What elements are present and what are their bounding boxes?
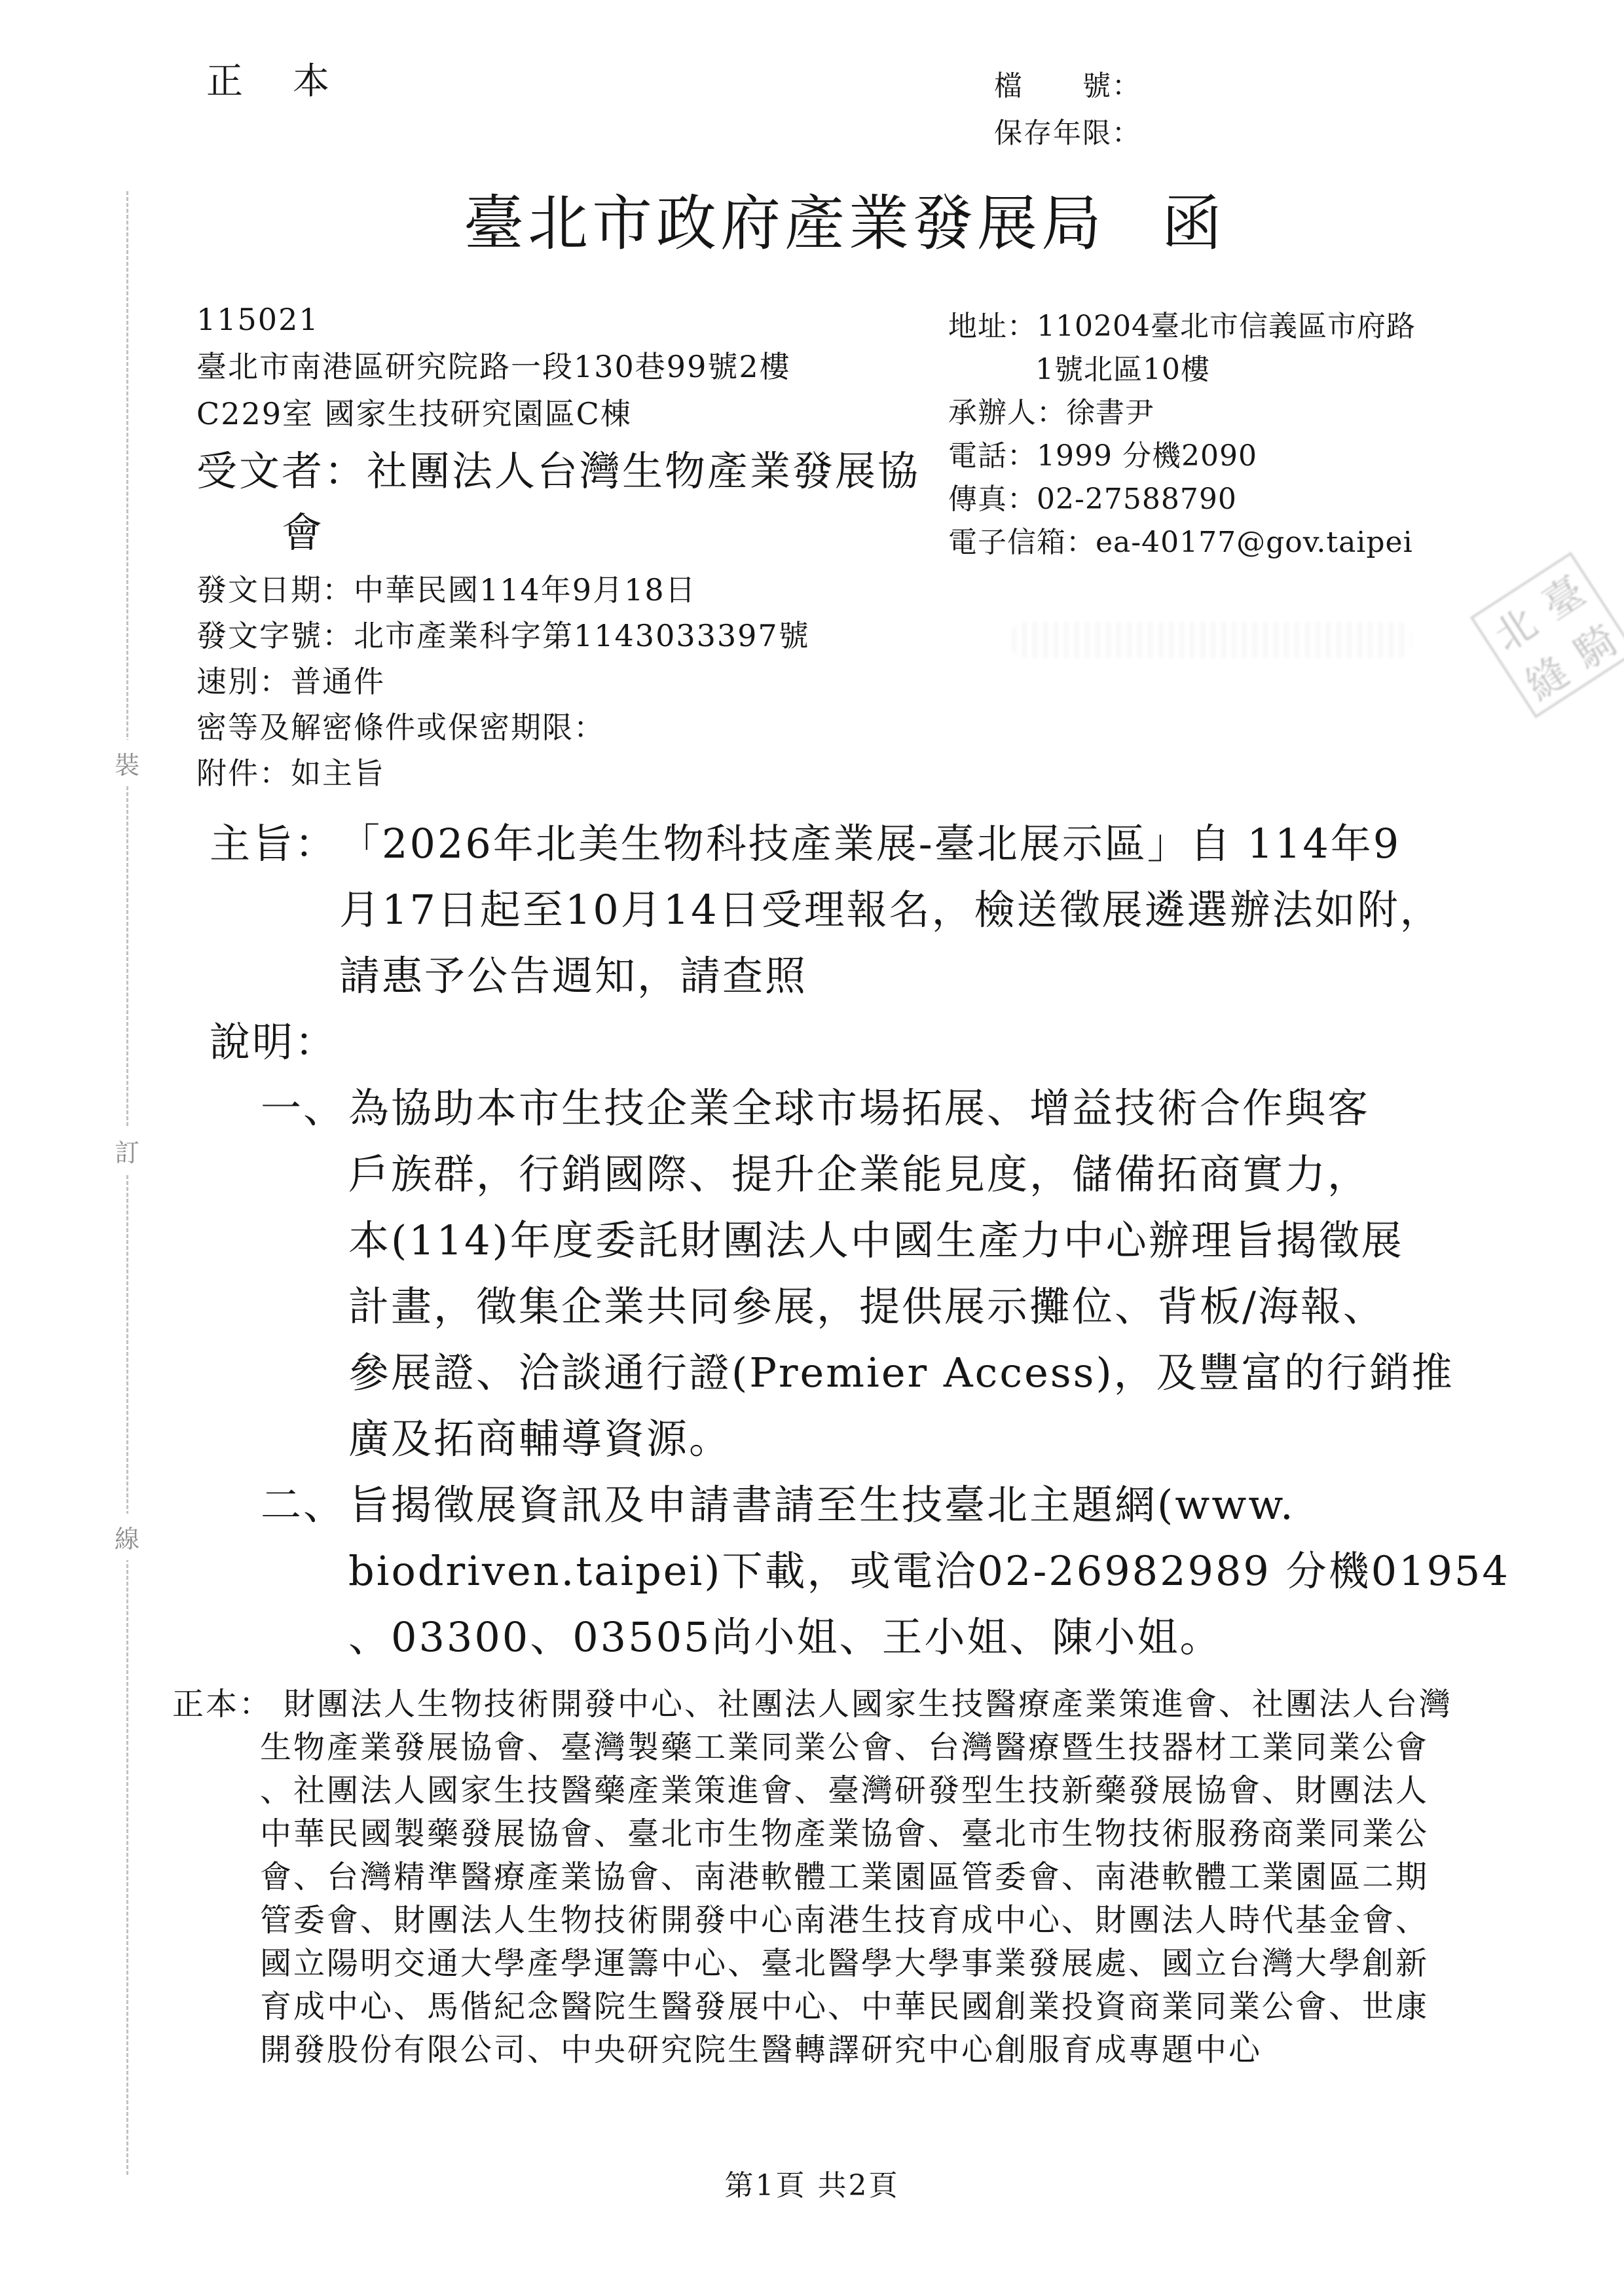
description-line: 為協助本市生技企業全球市場拓展、增益技術合作與客 xyxy=(348,1075,1510,1141)
cc-recipients-line: 中華民國製藥發展協會、臺北市生物產業協會、臺北市生物技術服務商業同業公 xyxy=(260,1812,1452,1855)
priority-value: 普通件 xyxy=(291,664,385,699)
document-type: 函 xyxy=(1162,189,1226,259)
issue-date-row: 發文日期：中華民國114年9月18日 xyxy=(196,567,810,613)
cc-recipients-line: 財團法人生物技術開發中心、社團法人國家生技醫療產業策進會、社團法人台灣 xyxy=(260,1683,1452,1726)
description-line: 旨揭徵展資訊及申請書請至生技臺北主題網(www. xyxy=(348,1472,1510,1538)
scanned-letter-page: 裝 訂 線 正 本 檔 號： 保存年限： 臺北市政府產業發展局函 115021 … xyxy=(0,0,1624,2296)
classification-row: 密等及解密條件或保密期限： xyxy=(196,704,810,750)
cc-recipients-line: 會、台灣精準醫療產業協會、南港軟體工業園區管委會、南港軟體工業園區二期 xyxy=(260,1855,1452,1899)
priority-row: 速別：普通件 xyxy=(196,659,810,704)
description-line: 戶族群，行銷國際、提升企業能見度，儲備拓商實力， xyxy=(348,1141,1510,1207)
description-line: 本(114)年度委託財團法人中國生產力中心辦理旨揭徵展 xyxy=(348,1207,1510,1273)
subject-label: 主旨： xyxy=(210,811,337,877)
file-number-label: 檔 號： xyxy=(994,63,1141,110)
recipient-name-continuation: 會 xyxy=(282,503,920,563)
agency-address-line: 地址：110204臺北市信義區市府路 xyxy=(948,305,1416,348)
original-copy-recipients-block: 正本： 財團法人生物技術開發中心、社團法人國家生技醫療產業策進會、社團法人台灣 … xyxy=(260,1683,1452,2071)
cc-recipients-line: 開發股份有限公司、中央研究院生醫轉譯研究中心創服育成專題中心 xyxy=(260,2028,1452,2071)
recipient-name: 社團法人台灣生物產業發展協 xyxy=(367,447,920,495)
cc-recipients-line: 生物產業發展協會、臺灣製藥工業同業公會、台灣醫療暨生技器材工業同業公會 xyxy=(260,1726,1452,1769)
original-copy-label: 正本： xyxy=(172,1683,272,1726)
subject-line: 請惠予公告週知，請查照 xyxy=(339,943,1510,1009)
agency-address-label: 地址： xyxy=(948,310,1037,343)
recipient-address-block: 115021 臺北市南港區研究院路一段130巷99號2樓 C229室 國家生技研… xyxy=(196,296,920,563)
recipient-address-line-1: 臺北市南港區研究院路一段130巷99號2樓 xyxy=(196,343,920,390)
agency-contact-block: 地址：110204臺北市信義區市府路 1號北區10樓 承辦人：徐書尹 電話：19… xyxy=(948,305,1416,564)
recipient-postal-code: 115021 xyxy=(196,296,920,343)
description-line: 計畫，徵集企業共同參展，提供展示攤位、背板/海報、 xyxy=(348,1273,1510,1339)
issue-date-value: 中華民國114年9月18日 xyxy=(354,572,697,608)
description-item-1: 一、 為協助本市生技企業全球市場拓展、增益技術合作與客 戶族群，行銷國際、提升企… xyxy=(210,1075,1510,1472)
doc-number-label: 發文字號： xyxy=(196,618,354,653)
subject-line: 月17日起至10月14日受理報名，檢送徵展遴選辦法如附， xyxy=(339,877,1510,943)
document-title: 臺北市政府產業發展局函 xyxy=(33,175,1624,262)
issuing-agency: 臺北市政府產業發展局 xyxy=(464,189,1105,259)
issuance-meta-block: 發文日期：中華民國114年9月18日 發文字號：北市產業科字第114303339… xyxy=(196,567,810,796)
subject-line: 「2026年北美生物科技產業展-臺北展示區」自 114年9 xyxy=(339,811,1510,877)
binding-mark-ding: 訂 xyxy=(109,1127,145,1174)
contact-phone: 電話：1999 分機2090 xyxy=(948,435,1416,478)
attachment-label: 附件： xyxy=(196,756,291,791)
retention-period-label: 保存年限： xyxy=(994,110,1141,157)
file-header: 檔 號： 保存年限： xyxy=(994,63,1141,157)
doc-number-value: 北市產業科字第1143033397號 xyxy=(354,618,810,653)
page-number-footer: 第1頁 共2頁 xyxy=(0,2162,1624,2204)
contact-email: 電子信箱：ea-40177@gov.taipei xyxy=(948,521,1416,564)
cc-recipients-line: 育成中心、馬偕紀念醫院生醫發展中心、中華民國創業投資商業同業公會、世康 xyxy=(260,1985,1452,2028)
description-item-2: 二、 旨揭徵展資訊及申請書請至生技臺北主題網(www. biodriven.ta… xyxy=(210,1472,1510,1670)
attachment-row: 附件：如主旨 xyxy=(196,750,810,796)
cc-recipients-line: 國立陽明交通大學產學運籌中心、臺北醫學大學事業發展處、國立台灣大學創新 xyxy=(260,1942,1452,1985)
priority-label: 速別： xyxy=(196,664,291,699)
binding-mark-xian: 線 xyxy=(109,1514,145,1560)
agency-address-continuation: 1號北區10樓 xyxy=(948,348,1416,392)
letter-body: 主旨： 「2026年北美生物科技產業展-臺北展示區」自 114年9 月17日起至… xyxy=(210,811,1510,1670)
description-heading: 說明： xyxy=(210,1009,1510,1075)
scan-artifact xyxy=(1012,622,1411,658)
copy-type-label: 正 本 xyxy=(206,52,336,105)
attachment-value: 如主旨 xyxy=(291,756,385,791)
doc-number-row: 發文字號：北市產業科字第1143033397號 xyxy=(196,613,810,659)
recipient-line: 受文者：社團法人台灣生物產業發展協 xyxy=(196,440,920,503)
contact-officer: 承辦人：徐書尹 xyxy=(948,392,1416,435)
recipient-label: 受文者： xyxy=(196,447,367,495)
description-line: 參展證、洽談通行證(Premier Access)，及豐富的行銷推 xyxy=(348,1339,1510,1406)
recipient-address-line-2: C229室 國家生技研究園區C棟 xyxy=(196,390,920,437)
classification-label: 密等及解密條件或保密期限： xyxy=(196,710,605,745)
binding-mark-zhuang: 裝 xyxy=(109,740,145,786)
issue-date-label: 發文日期： xyxy=(196,572,354,608)
binding-dashed-line xyxy=(126,191,128,2175)
item-1-marker: 一、 xyxy=(261,1075,346,1141)
cc-recipients-line: 、社團法人國家生技醫藥產業策進會、臺灣研發型生技新藥發展協會、財團法人 xyxy=(260,1769,1452,1812)
contact-fax: 傳真：02-27588790 xyxy=(948,478,1416,521)
agency-address-value: 110204臺北市信義區市府路 xyxy=(1037,310,1416,343)
description-line: 、03300、03505尚小姐、王小姐、陳小姐。 xyxy=(348,1604,1510,1670)
seam-seal-stamp: 北 臺 縫 騎 xyxy=(1470,552,1624,719)
description-line: 廣及拓商輔導資源。 xyxy=(348,1406,1510,1472)
description-line: biodriven.taipei)下載，或電洽02-26982989 分機019… xyxy=(348,1538,1510,1604)
item-2-marker: 二、 xyxy=(261,1472,346,1538)
subject-section: 主旨： 「2026年北美生物科技產業展-臺北展示區」自 114年9 月17日起至… xyxy=(210,811,1510,1009)
cc-recipients-line: 管委會、財團法人生物技術開發中心南港生技育成中心、財團法人時代基金會、 xyxy=(260,1899,1452,1942)
